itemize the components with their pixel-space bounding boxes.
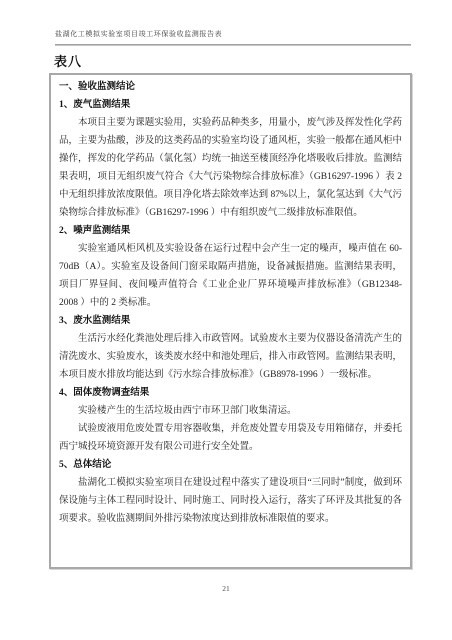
section-paragraph-waste-gas: 本项目主要为课题实验用，实验药品种类多，用量小，废气涉及挥发性化学药品，主要为盐…: [59, 114, 402, 222]
section-paragraph-wastewater: 生活污水经化粪池处理后排入市政管网。试验废水主要为仪器设备清洗产生的清洗废水、实…: [59, 330, 402, 384]
section-paragraph-solid-waste-1: 实验楼产生的生活垃圾由西宁市环卫部门收集清运。: [59, 402, 402, 420]
table-label: 表八: [54, 51, 82, 70]
section-paragraph-solid-waste-2: 试验废液用危废处置专用容器收集，并危废处置专用袋及专用箱储存，并委托西宁城投环境…: [59, 420, 402, 456]
section-paragraph-noise: 实验室通风柜风机及实验设备在运行过程中会产生一定的噪声，噪声值在 60-70dB…: [59, 240, 402, 312]
page-number: 21: [0, 584, 452, 593]
section-heading-wastewater: 3、废水监测结果: [59, 312, 402, 330]
document-page: 盐湖化工模拟实验室项目竣工环保验收监测报告表 表八 一、验收监测结论 1、废气监…: [0, 0, 452, 640]
section-paragraph-overall-conclusion: 盐湖化工模拟实验室项目在建设过程中落实了建设项目“三同时”制度，做到环保设施与主…: [59, 474, 402, 528]
section-heading-solid-waste: 4、固体废物调查结果: [59, 384, 402, 402]
section-heading-overall-conclusion: 5、总体结论: [59, 456, 402, 474]
section-heading-waste-gas: 1、废气监测结果: [59, 96, 402, 114]
header-divider: [55, 44, 411, 46]
conclusion-table: 一、验收监测结论 1、废气监测结果 本项目主要为课题实验用，实验药品种类多，用量…: [49, 73, 412, 569]
document-header-title: 盐湖化工模拟实验室项目竣工环保验收监测报告表: [55, 29, 222, 39]
section-heading-noise: 2、噪声监测结果: [59, 222, 402, 240]
conclusion-title: 一、验收监测结论: [59, 78, 402, 96]
